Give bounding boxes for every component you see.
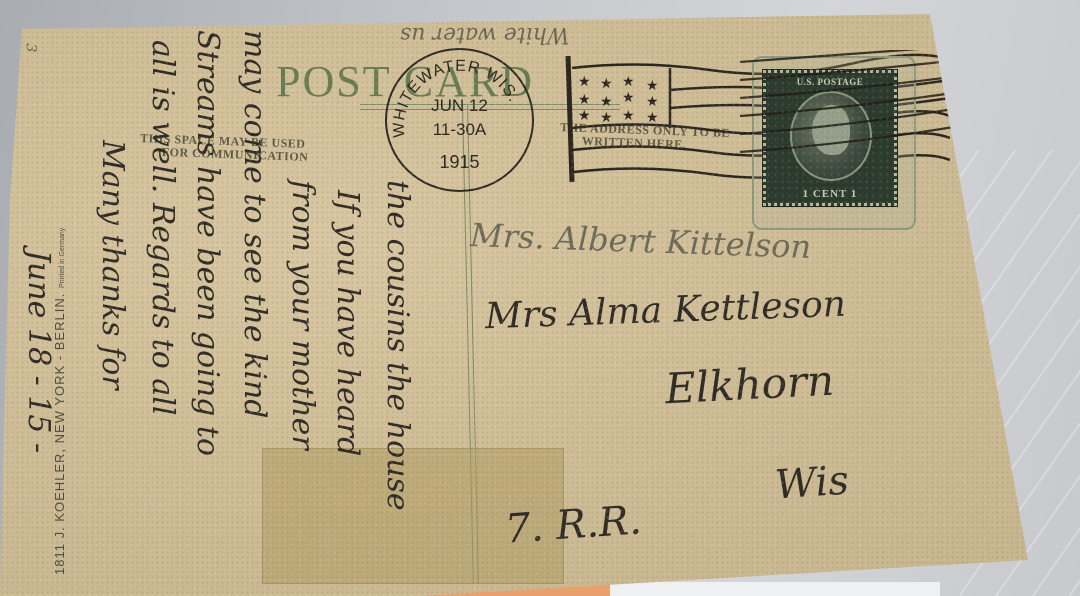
postmark: WHITEWATER WIS. JUN 12 11-30A 1915 xyxy=(385,48,534,192)
svg-text:★: ★ xyxy=(646,110,659,126)
background-white-strip xyxy=(610,582,940,596)
svg-text:★: ★ xyxy=(646,78,659,94)
message-column-4: may come to see the kind xyxy=(237,30,272,418)
address-city: Elkhorn xyxy=(664,356,835,414)
message-column-1: Many thanks for xyxy=(95,140,130,390)
postmark-time: 11-30A xyxy=(387,120,532,140)
address-state: Wis xyxy=(773,457,850,508)
printed-in-text: Printed in Germany xyxy=(59,228,66,288)
message-column-3: Streams have been going to xyxy=(190,30,225,456)
postmark-date: JUN 12 xyxy=(387,96,532,116)
svg-text:★: ★ xyxy=(622,74,635,90)
svg-text:★: ★ xyxy=(600,94,613,110)
svg-text:★: ★ xyxy=(646,94,659,110)
svg-text:★: ★ xyxy=(622,108,635,124)
svg-text:★: ★ xyxy=(622,90,635,106)
address-route: 7. R.R. xyxy=(504,497,643,552)
corner-mark: 3 xyxy=(22,44,38,53)
message-column-7: the cousins the house xyxy=(380,180,415,511)
upside-down-note: White water us xyxy=(400,22,569,47)
address-recipient: Mrs Alma Kettleson xyxy=(484,284,846,338)
postcard: 3 POST CARD THIS SPACE MAY BE USED FOR C… xyxy=(0,0,1080,596)
message-column-date: June 18 - 15 - xyxy=(21,250,56,453)
svg-text:★: ★ xyxy=(600,110,613,126)
svg-text:★: ★ xyxy=(578,74,591,90)
svg-text:★: ★ xyxy=(578,108,591,124)
message-column-6: If you have heard xyxy=(330,190,365,456)
message-column-2: all is well. Regards to all xyxy=(145,40,180,415)
postmark-year: 1915 xyxy=(387,152,532,173)
message-column-5: from your mother xyxy=(285,180,320,450)
stamp-denomination-text: 1 CENT 1 xyxy=(766,188,894,200)
svg-text:★: ★ xyxy=(578,92,591,108)
stamp-cancel-lines-icon xyxy=(740,50,960,170)
svg-text:★: ★ xyxy=(600,76,613,92)
